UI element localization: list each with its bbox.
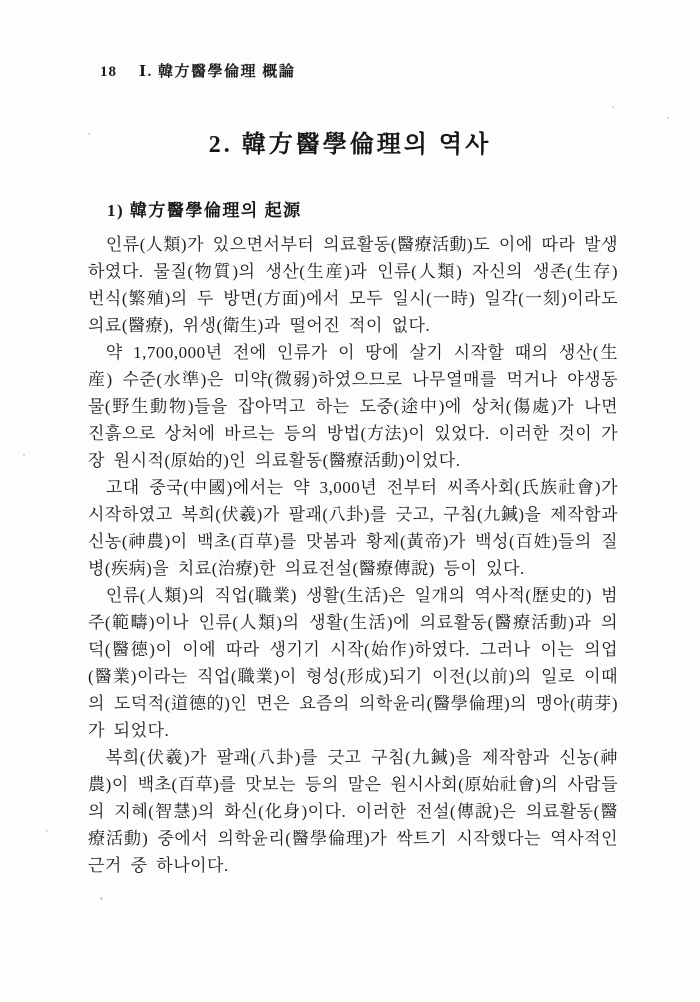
scan-speck: [612, 106, 614, 108]
chapter-header: Ⅰ. 韓方醫學倫理 概論: [139, 60, 295, 81]
book-page: 18 Ⅰ. 韓方醫學倫理 概論 2. 韓方醫學倫理의 역사 1) 韓方醫學倫理의…: [0, 0, 700, 1002]
scan-speck: [667, 117, 669, 119]
section-heading: 1) 韓方醫學倫理의 起源: [107, 196, 302, 221]
page-title: 2. 韓方醫學倫理의 역사: [0, 124, 700, 159]
scan-speck: [46, 830, 48, 832]
body-paragraph: 고대 중국(中國)에서는 약 3,000년 전부터 씨족사회(氏族社會)가 시작…: [88, 474, 618, 582]
body-text-block: 인류(人類)가 있으면서부터 의료활동(醫療活動)도 이에 따라 발생하였다. …: [88, 231, 618, 879]
body-paragraph: 인류(人類)가 있으면서부터 의료활동(醫療活動)도 이에 따라 발생하였다. …: [88, 231, 618, 339]
body-paragraph: 약 1,700,000년 전에 인류가 이 땅에 살기 시작할 때의 생산(生産…: [88, 339, 618, 474]
body-paragraph: 복희(伏羲)가 팔괘(八卦)를 긋고 구침(九鍼)을 제작함과 신농(神農)이 …: [88, 744, 618, 879]
body-paragraph: 인류(人類)의 직업(職業) 생활(生活)은 일개의 역사적(歷史的) 범주(範…: [88, 582, 618, 744]
scan-speck: [88, 133, 90, 135]
scan-speck: [100, 897, 103, 900]
running-header: 18 Ⅰ. 韓方醫學倫理 概論: [100, 60, 295, 81]
page-number: 18: [100, 64, 117, 81]
scan-speck: [23, 454, 25, 456]
